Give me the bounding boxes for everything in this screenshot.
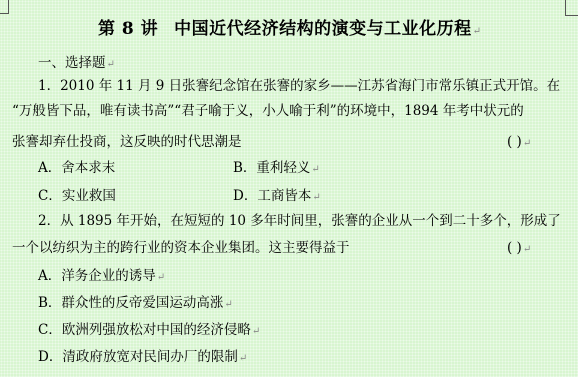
question-2-line-1: 2．从 1895 年开始，在短短的 10 多年时间里，张謇的企业从一个到二十多个… [38, 213, 561, 229]
option-label: B． [38, 295, 61, 311]
question-1-option-a[interactable]: A．舍本求末 [38, 160, 115, 176]
title-lesson-number: 第 8 讲 [98, 19, 158, 39]
option-text: 工商皆本 [257, 188, 311, 204]
question-2-answer-blank[interactable]: ( )↵ [507, 240, 531, 258]
question-1-option-c[interactable]: C．实业救国 [38, 188, 116, 204]
option-text: 重利轻义 [256, 160, 310, 176]
question-2-option-c[interactable]: C．欧洲列强放松对中国的经济侵略↵ [38, 322, 260, 340]
option-text: 群众性的反帝爱国运动高涨 [61, 295, 223, 311]
question-2-line-2: 一个以纺织为主的跨行业的资本企业集团。这主要得益于 [12, 240, 350, 256]
paragraph-mark-icon: ↵ [239, 353, 247, 364]
page-corner-mark-top-right [565, 0, 578, 16]
paragraph-mark-icon: ↵ [311, 164, 319, 175]
question-2-option-a[interactable]: A．洋务企业的诱导↵ [38, 268, 165, 286]
option-label: C． [38, 322, 62, 338]
question-1-answer-blank[interactable]: ( )↵ [507, 134, 531, 152]
option-label: B． [233, 160, 256, 176]
answer-blank-text: ( ) [507, 240, 522, 256]
option-text: 实业救国 [62, 188, 116, 204]
option-text: 舍本求末 [61, 160, 115, 176]
option-label: C． [38, 188, 62, 204]
option-text: 清政府放宽对民间办厂的限制 [62, 349, 238, 365]
document-title: 第 8 讲中国近代经济结构的演变与工业化历程↵ [98, 14, 482, 39]
question-1-line-1: 1．2010 年 11 月 9 日张謇纪念馆在张謇的家乡——江苏省海门市常乐镇正… [38, 78, 560, 94]
question-2-option-d[interactable]: D．清政府放宽对民间办厂的限制↵ [38, 349, 247, 367]
paragraph-mark-icon: ↵ [107, 59, 115, 70]
question-2-option-b[interactable]: B．群众性的反帝爱国运动高涨↵ [38, 295, 233, 313]
paragraph-mark-icon: ↵ [523, 138, 531, 149]
paragraph-mark-icon: ↵ [523, 244, 531, 255]
paragraph-mark-icon: ↵ [224, 299, 232, 310]
question-1-line-2: “万般皆下品，唯有读书高”“君子喻于义，小人喻于利”的环境中，1894 年考中状… [12, 103, 524, 119]
section-heading: 一、选择题↵ [38, 55, 115, 73]
option-label: A． [38, 268, 61, 284]
option-label: D． [233, 188, 257, 204]
question-1-option-b[interactable]: B．重利轻义↵ [233, 160, 320, 178]
paragraph-mark-icon: ↵ [312, 192, 320, 203]
option-label: A． [38, 160, 61, 176]
option-label: D． [38, 349, 62, 365]
option-text: 欧洲列强放松对中国的经济侵略 [62, 322, 251, 338]
paragraph-mark-icon: ↵ [252, 326, 260, 337]
page-corner-mark-top-left [0, 0, 9, 14]
option-text: 洋务企业的诱导 [61, 268, 156, 284]
question-1-option-d[interactable]: D．工商皆本↵ [233, 188, 321, 206]
paragraph-mark-icon: ↵ [473, 26, 482, 37]
question-1-line-3: 张謇却弃仕投商，这反映的时代思潮是 [12, 134, 242, 150]
section-heading-text: 一、选择题 [38, 55, 106, 71]
paragraph-mark-icon: ↵ [157, 272, 165, 283]
answer-blank-text: ( ) [507, 134, 522, 150]
title-main-text: 中国近代经济结构的演变与工业化历程 [174, 19, 472, 39]
